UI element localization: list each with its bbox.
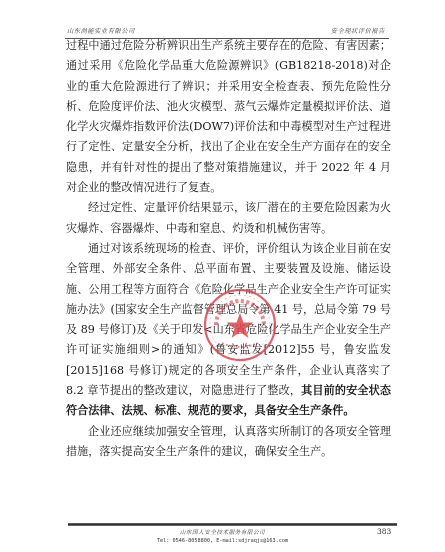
paragraph-hazards: 经过定性、定量评价结果显示，该厂潜在的主要危险因素为火灾爆炸、容器爆炸、中毒和窒… bbox=[66, 198, 391, 239]
header-report-title: 安全现状评价报告 bbox=[331, 26, 385, 35]
document-page: 山东尚能实业有限公司 安全现状评价报告 过程中通过危险分析辨识出生产系统主要存在… bbox=[0, 0, 445, 552]
paragraph-analysis: 过程中通过危险分析辨识出生产系统主要存在的危险、有害因素；通过采用《危险化学品重… bbox=[66, 36, 391, 198]
page-number: 383 bbox=[377, 527, 391, 536]
conclusion-text: 通过对该系统现场的检查、评价，评价组认为该企业目前在安全管理、外部安全条件、总平… bbox=[66, 242, 391, 397]
header-company: 山东尚能实业有限公司 bbox=[67, 26, 135, 35]
footer-divider bbox=[68, 523, 397, 526]
paragraph-recommendation: 企业还应继续加强安全管理，认真落实所制订的各项安全管理措施，落实提高安全生产条件… bbox=[66, 422, 391, 463]
footer-contact: Tel: 0546-8058800, E-mail:sdjraqjs@163.c… bbox=[0, 538, 445, 544]
paragraph-conclusion: 通过对该系统现场的检查、评价，评价组认为该企业目前在安全管理、外部安全条件、总平… bbox=[66, 239, 391, 422]
body-text: 过程中通过危险分析辨识出生产系统主要存在的危险、有害因素；通过采用《危险化学品重… bbox=[66, 36, 391, 462]
